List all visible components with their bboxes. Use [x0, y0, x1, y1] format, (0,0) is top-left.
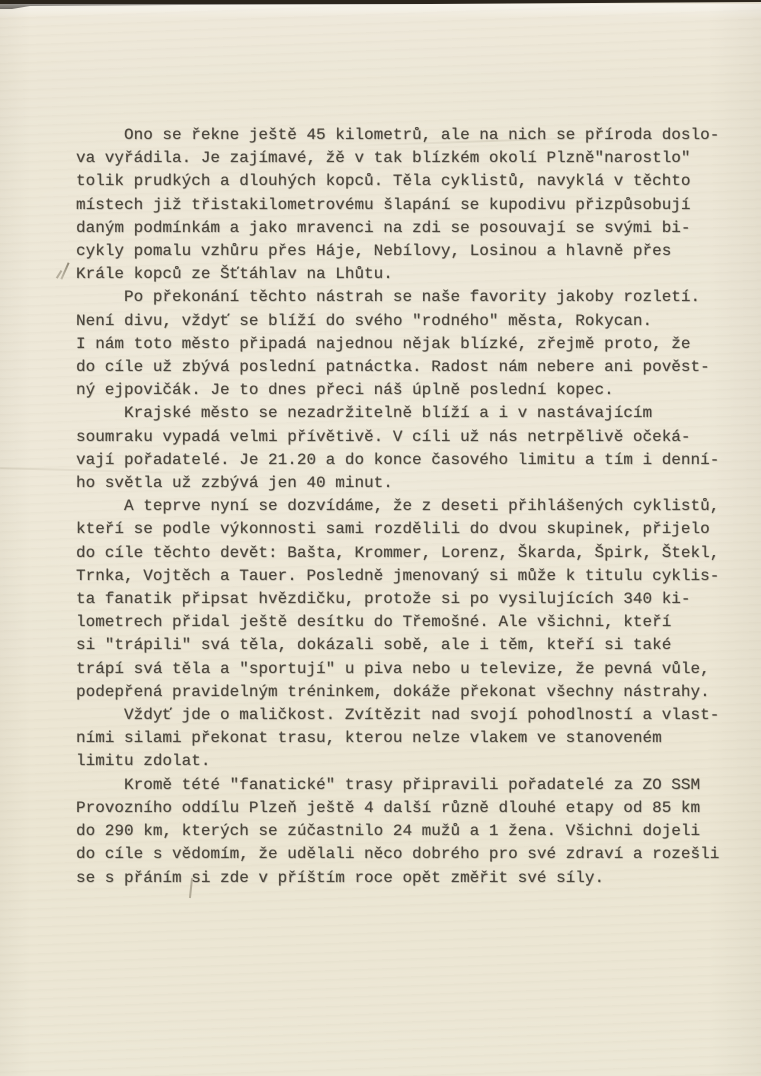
paragraph-4: A teprve nyní se dozvídáme, že z deseti … [76, 495, 746, 704]
pencil-slash-mark [60, 262, 69, 279]
paragraph-6: Kromě tété "fanatické" trasy připravili … [76, 774, 746, 890]
paragraph-2: Po překonání těchto nástrah se naše favo… [76, 286, 746, 402]
scan-edge-top [0, 0, 761, 9]
paragraph-3: Krajské město se nezadržitelně blíží a i… [76, 402, 746, 495]
paragraph-5: Vždyť jde o maličkost. Zvítězit nad svoj… [76, 704, 746, 774]
document-body: Ono se řekne ještě 45 kilometrů, ale na … [76, 124, 746, 890]
scanned-typewritten-page: Ono se řekne ještě 45 kilometrů, ale na … [0, 0, 761, 1076]
paragraph-1: Ono se řekne ještě 45 kilometrů, ale na … [76, 124, 746, 286]
scan-glare [0, 4, 761, 18]
